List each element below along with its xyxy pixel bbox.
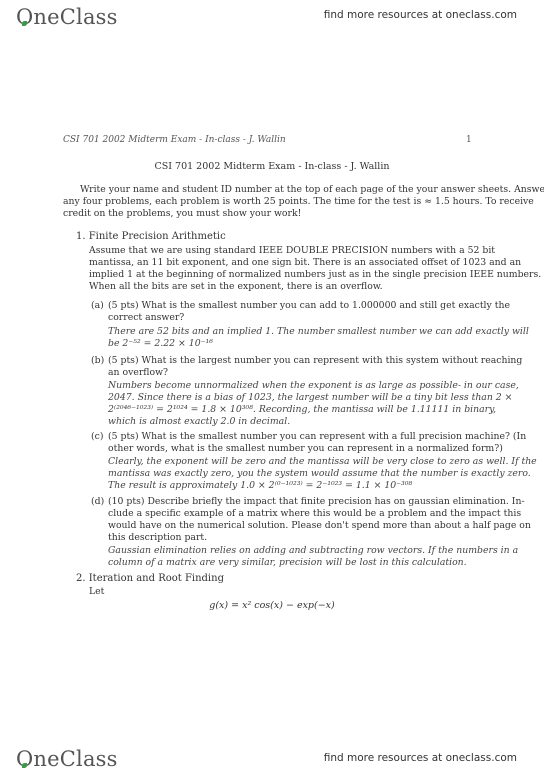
part-b-question: (5 pts) What is the largest number you c… (108, 355, 522, 367)
section-1-heading: 1. Finite Precision Arithmetic (76, 231, 226, 243)
section-1-paragraph: implied 1 at the beginning of normalized… (89, 269, 541, 281)
running-head: CSI 701 2002 Midterm Exam - In-class - J… (63, 134, 286, 146)
part-c-answer: Clearly, the exponent will be zero and t… (108, 456, 537, 468)
part-a-label: (a) (91, 300, 104, 312)
intro-line: Write your name and student ID number at… (80, 184, 544, 196)
part-d-answer: column of a matrix are very similar, pre… (108, 557, 467, 569)
part-a-answer: There are 52 bits and an implied 1. The … (108, 326, 529, 338)
part-b-answer: 2047. Since there is a bias of 1023, the… (108, 392, 512, 404)
part-a-question: correct answer? (108, 312, 184, 324)
section-1-paragraph: Assume that we are using standard IEEE D… (89, 245, 495, 257)
part-a-answer: be 2⁻⁵² = 2.22 × 10⁻¹⁶ (108, 338, 213, 350)
part-b-answer: 2⁽²⁰⁴⁶⁻¹⁰²³⁾ = 2¹⁰²⁴ = 1.8 × 10³⁰⁸. Reco… (108, 404, 496, 416)
part-d-label: (d) (91, 496, 104, 508)
header-tagline-link[interactable]: find more resources at oneclass.com (324, 9, 517, 21)
part-d-answer: Gaussian elimination relies on adding an… (108, 545, 518, 557)
part-c-label: (c) (91, 431, 103, 443)
part-b-answer: Numbers become unnormalized when the exp… (108, 380, 519, 392)
section-1-paragraph: mantissa, an 11 bit exponent, and one si… (89, 257, 521, 269)
part-c-answer: The result is approximately 1.0 × 2⁽⁰⁻¹⁰… (108, 480, 412, 492)
part-d-question: this description part. (108, 532, 207, 544)
equation: g(x) = x² cos(x) − exp(−x) (0, 600, 544, 612)
part-c-answer: mantissa was exactly zero, you the syste… (108, 468, 531, 480)
part-b-answer: which is almost exactly 2.0 in decimal. (108, 416, 290, 428)
section-2-lead: Let (89, 586, 104, 598)
part-d-question: (10 pts) Describe briefly the impact tha… (108, 496, 525, 508)
exam-title: CSI 701 2002 Midterm Exam - In-class - J… (0, 161, 544, 173)
part-c-question: other words, what is the smallest number… (108, 443, 503, 455)
section-1-paragraph: When all the bits are set in the exponen… (89, 281, 383, 293)
intro-line: any four problems, each problem is worth… (63, 196, 534, 208)
part-d-question: would have on the numerical solution. Pl… (108, 520, 531, 532)
intro-line: credit on the problems, you must show yo… (63, 208, 301, 220)
part-b-question: an overflow? (108, 367, 168, 379)
part-a-question: (5 pts) What is the smallest number you … (108, 300, 510, 312)
part-b-label: (b) (91, 355, 104, 367)
section-2-heading: 2. Iteration and Root Finding (76, 573, 224, 585)
part-d-question: clude a specific example of a matrix whe… (108, 508, 521, 520)
footer-tagline-link[interactable]: find more resources at oneclass.com (324, 752, 517, 764)
oneclass-logo-top[interactable]: OneClass (16, 5, 118, 29)
part-c-question: (5 pts) What is the smallest number you … (108, 431, 526, 443)
page-number: 1 (466, 134, 472, 146)
oneclass-logo-bottom[interactable]: OneClass (16, 747, 118, 770)
